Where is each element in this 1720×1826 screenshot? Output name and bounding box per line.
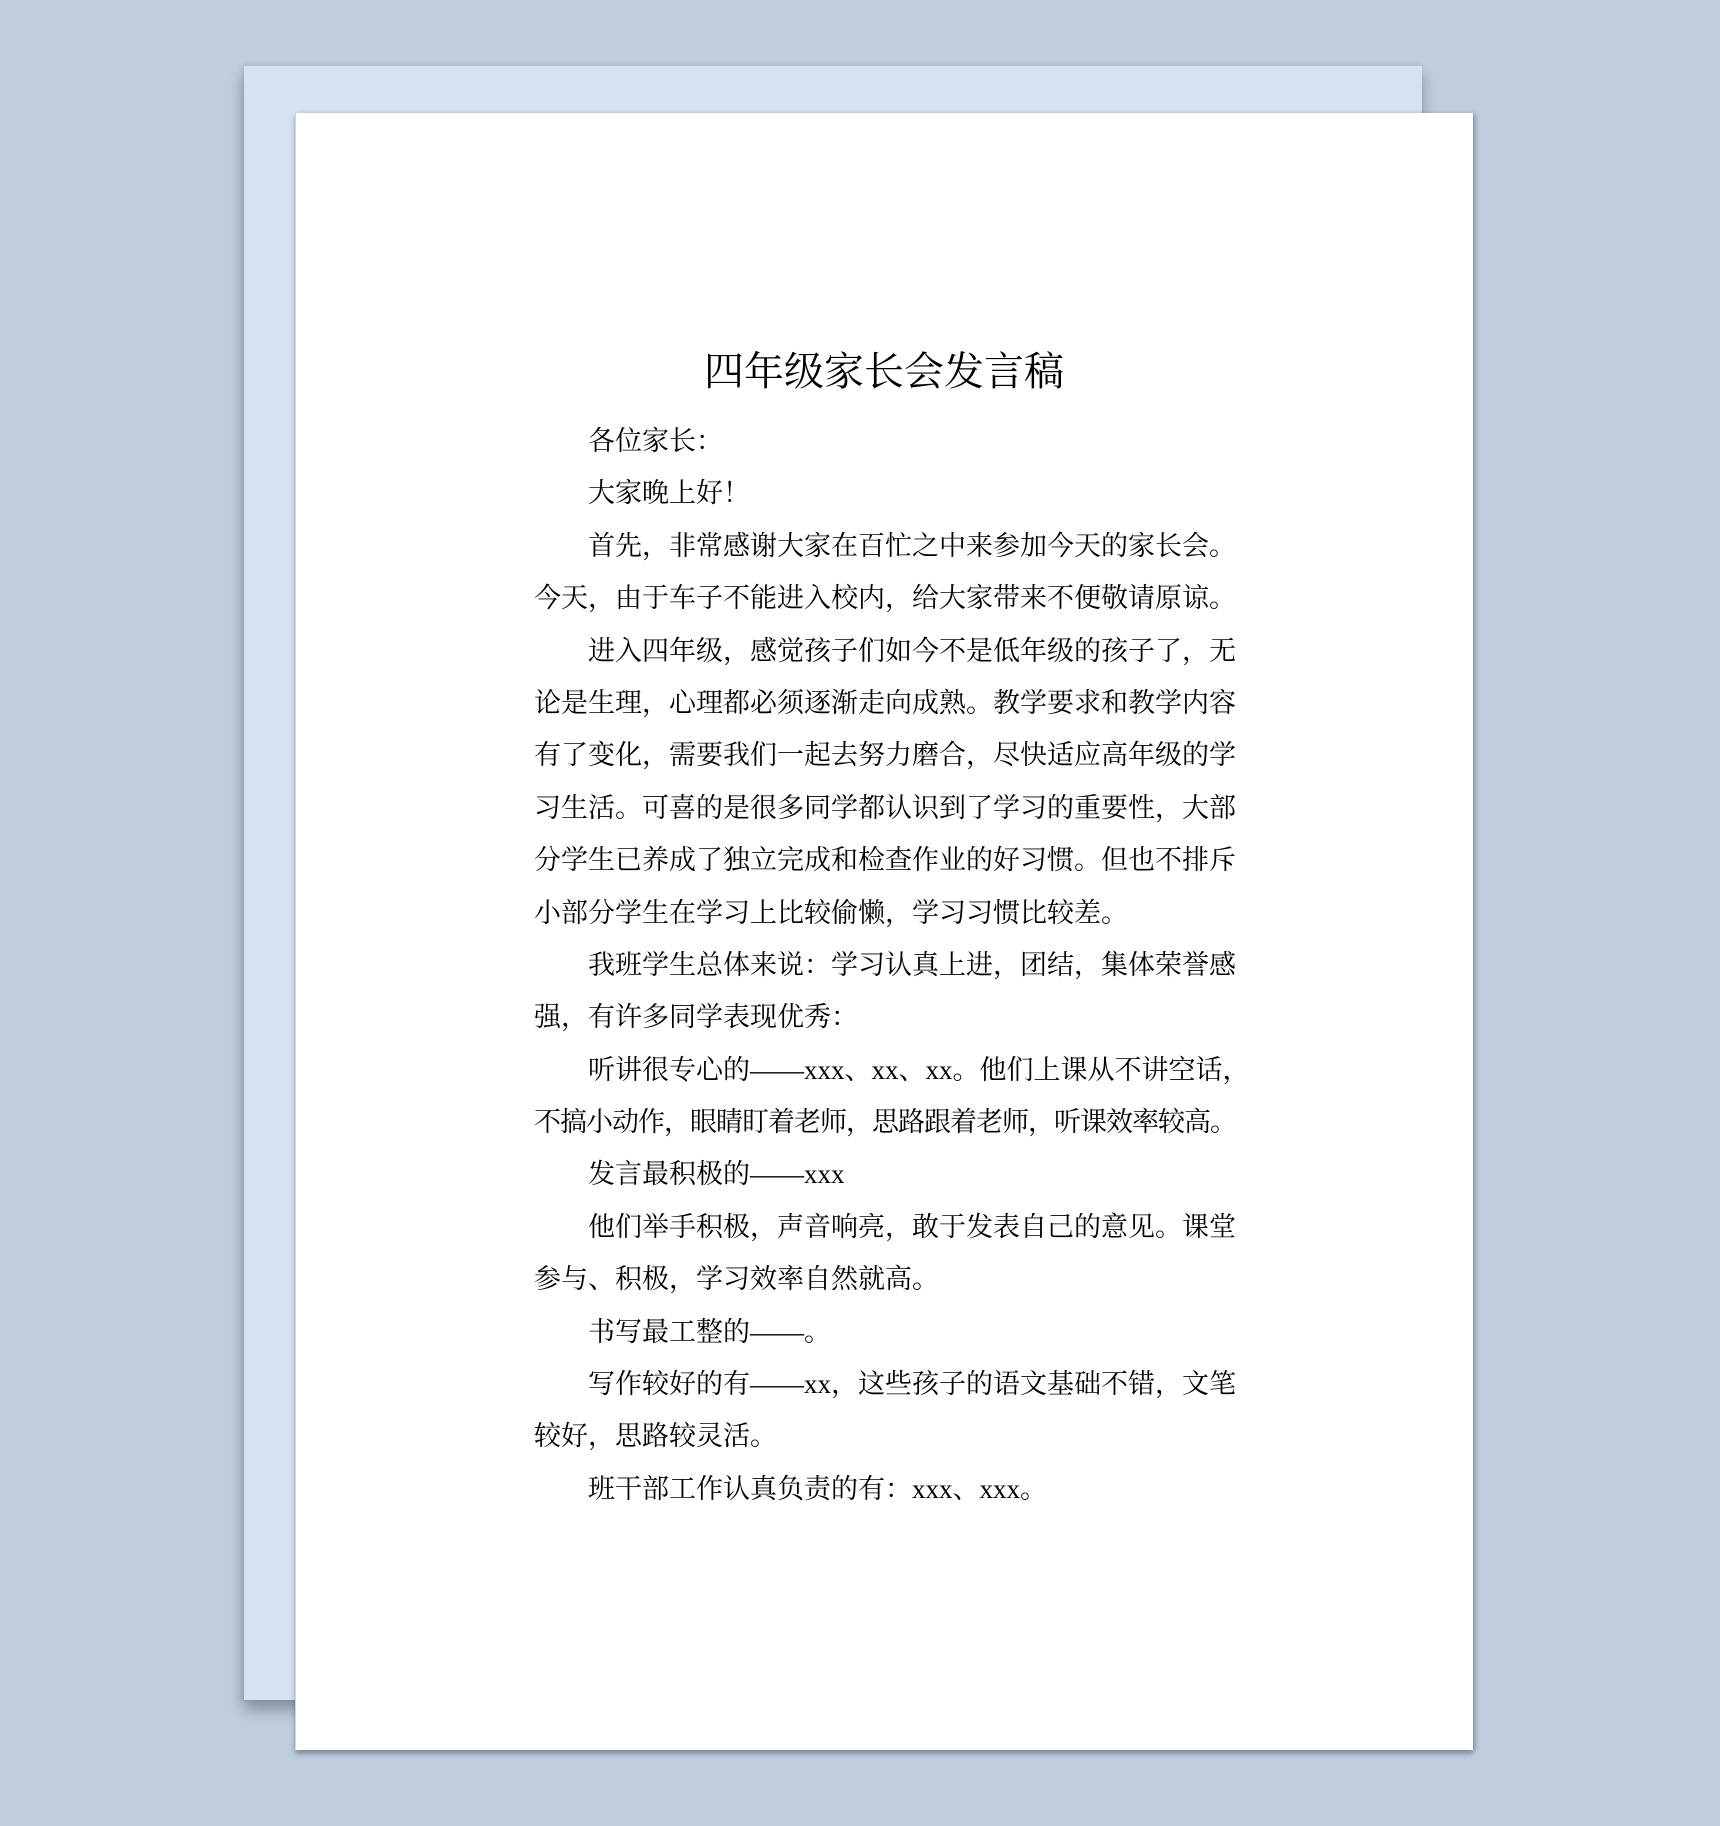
document-body: 各位家长： 大家晚上好！ 首先，非常感谢大家在百忙之中来参加今天的家长会。 今天… bbox=[534, 415, 1236, 1515]
body-line: 小部分学生在学习上比较偷懒，学习习惯比较差。 bbox=[534, 887, 1236, 939]
document-title: 四年级家长会发言稿 bbox=[0, 346, 1720, 398]
body-line: 大家晚上好！ bbox=[534, 467, 1236, 519]
body-line: 班干部工作认真负责的有：xxx、xxx。 bbox=[534, 1463, 1236, 1515]
body-line: 习生活。可喜的是很多同学都认识到了学习的重要性，大部 bbox=[534, 782, 1236, 834]
body-line: 发言最积极的——xxx bbox=[534, 1148, 1236, 1200]
body-line: 较好，思路较灵活。 bbox=[534, 1410, 1236, 1462]
body-line: 有了变化，需要我们一起去努力磨合，尽快适应高年级的学 bbox=[534, 729, 1236, 781]
body-line: 强，有许多同学表现优秀： bbox=[534, 991, 1236, 1043]
body-line: 分学生已养成了独立完成和检查作业的好习惯。但也不排斥 bbox=[534, 834, 1236, 886]
body-line: 论是生理，心理都必须逐渐走向成熟。教学要求和教学内容 bbox=[534, 677, 1236, 729]
body-line: 今天，由于车子不能进入校内，给大家带来不便敬请原谅。 bbox=[534, 572, 1236, 624]
body-line: 不搞小动作，眼睛盯着老师，思路跟着老师，听课效率较高。 bbox=[534, 1096, 1236, 1148]
body-line: 进入四年级，感觉孩子们如今不是低年级的孩子了，无 bbox=[534, 625, 1236, 677]
body-line: 各位家长： bbox=[534, 415, 1236, 467]
body-line: 他们举手积极，声音响亮，敢于发表自己的意见。课堂 bbox=[534, 1201, 1236, 1253]
body-line: 听讲很专心的——xxx、xx、xx。他们上课从不讲空话， bbox=[534, 1044, 1236, 1096]
body-line: 书写最工整的——。 bbox=[534, 1306, 1236, 1358]
body-line: 我班学生总体来说：学习认真上进，团结，集体荣誉感 bbox=[534, 939, 1236, 991]
body-line: 写作较好的有——xx，这些孩子的语文基础不错，文笔 bbox=[534, 1358, 1236, 1410]
body-line: 参与、积极，学习效率自然就高。 bbox=[534, 1253, 1236, 1305]
body-line: 首先，非常感谢大家在百忙之中来参加今天的家长会。 bbox=[534, 520, 1236, 572]
